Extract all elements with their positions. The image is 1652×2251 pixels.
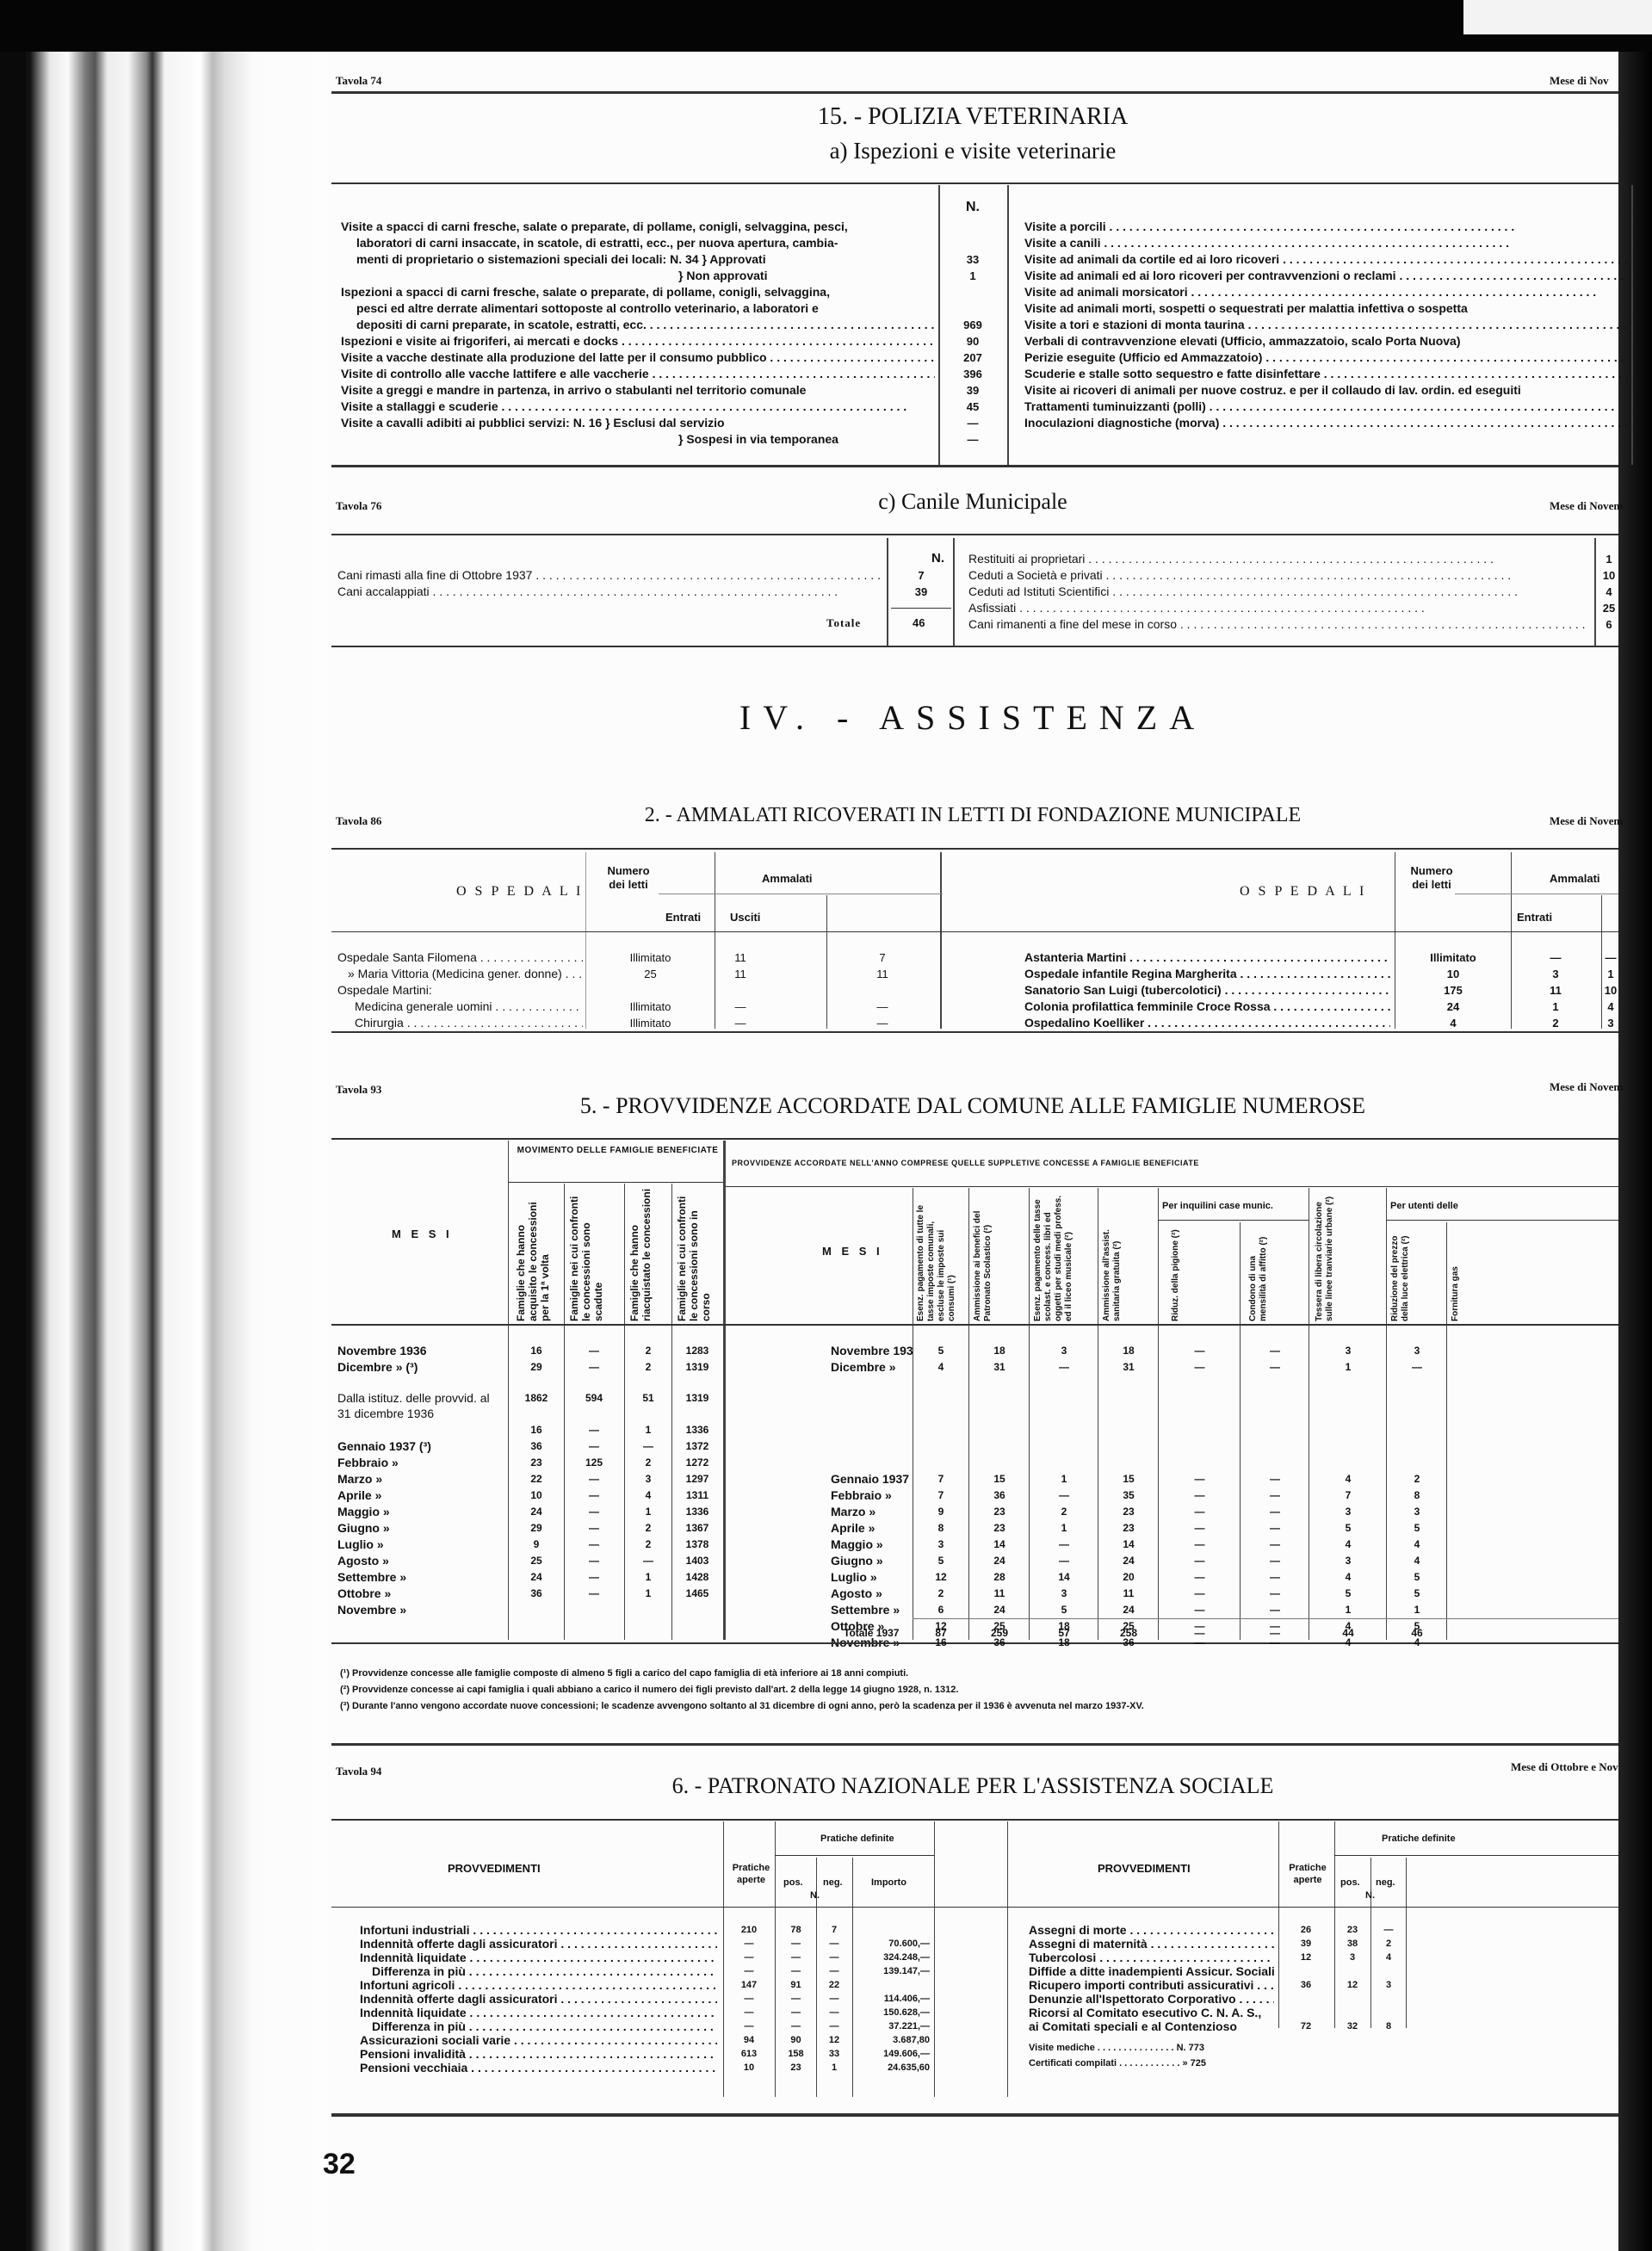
table-cell: 1372	[673, 1438, 721, 1455]
table-cell	[854, 1978, 930, 1992]
list-item: Perizie eseguite (Ufficio ed Ammazzatoio…	[1024, 349, 1627, 366]
value-column: —	[1241, 1625, 1309, 1642]
table-cell: 94	[725, 2033, 773, 2047]
table-cell: 139.147,—	[854, 1964, 930, 1978]
table-cell: 36	[510, 1586, 563, 1602]
list-item: Luglio »	[337, 1537, 505, 1553]
list-item: Ispezioni e visite ai frigoriferi, ai me…	[341, 333, 935, 349]
table-cell: 46	[1388, 1625, 1446, 1642]
table-cell: —	[1388, 1359, 1446, 1376]
value-column: ——594——125————————	[566, 1343, 622, 1602]
header-col: Esenz. pagamento di tutte le tasse impos…	[916, 1192, 966, 1321]
header-entrati: Entrati	[665, 910, 701, 925]
list-item: Medicina generale uomini	[337, 999, 583, 1015]
table-cell: 70.600,—	[854, 1937, 930, 1951]
table-cell: —	[1160, 1537, 1240, 1553]
table-cell: —	[566, 1438, 622, 1455]
table-cell: 258	[1099, 1625, 1158, 1642]
table-cell: 1	[626, 1504, 671, 1520]
list-item: Giugno »	[831, 1553, 913, 1569]
divider	[331, 1819, 1618, 1821]
value-column: —2438	[1372, 1923, 1405, 2033]
table-cell: 24	[970, 1602, 1029, 1618]
value-column: 16291862163623221024299252436	[510, 1343, 563, 1602]
table-cell: 3	[1310, 1343, 1386, 1359]
list-item: depositi di carni preparate, in scatole,…	[341, 317, 935, 333]
column-rule	[624, 1184, 625, 1640]
table-cell: 87	[914, 1625, 968, 1642]
table-cell: 8	[1372, 2006, 1405, 2033]
table-cell: 24	[970, 1553, 1029, 1569]
header-col: Famiglie che hanno acquisito le concessi…	[515, 1188, 560, 1321]
list-item: Sanatorio San Luigi (tubercolotici)	[1024, 982, 1390, 999]
value-column: 18311535232314242011242536	[1099, 1343, 1158, 1651]
header-movimento: MOVIMENTO DELLE FAMIGLIE BENEFICIATE	[517, 1145, 719, 1156]
list-item: Visite ai ricoveri di animali per nuove …	[1024, 382, 1627, 399]
t74-left-values: 33 1 969 90 207 396 39 45 — —	[943, 219, 1003, 448]
list-item: Scuderie e stalle sotto sequestro e fatt…	[1024, 366, 1627, 382]
header-col: Famiglie nei cui confronti le concession…	[568, 1188, 620, 1321]
column-rule	[1334, 1821, 1335, 2028]
list-item: Indennità liquidate	[360, 1951, 717, 1964]
header-col: Famiglie che hanno riacquistato le conce…	[628, 1188, 668, 1321]
table-cell	[1372, 1964, 1405, 1978]
table-title: 2. - AMMALATI RICOVERATI IN LETTI DI FON…	[327, 804, 1618, 827]
table-cell: 2	[626, 1343, 671, 1359]
list-item: Ricorsi al Comitato esecutivo C. N. A. S…	[1029, 2006, 1274, 2033]
table-cell: —	[1241, 1553, 1309, 1569]
list-item: menti di proprietario o sistemazioni spe…	[341, 251, 935, 268]
list-item: Febbraio »	[831, 1487, 913, 1504]
table-cell: 1367	[673, 1520, 721, 1537]
table-cell: 38	[1336, 1937, 1369, 1951]
list-item: Assegni di maternità	[1029, 1937, 1274, 1951]
t74-right-list: Visite a porcili Visite a canili Visite …	[1024, 219, 1627, 431]
list-item: Pensioni invalidità	[360, 2047, 717, 2061]
t74-left-list: Visite a spacci di carni fresche, salate…	[341, 219, 935, 448]
column-rule	[938, 185, 940, 465]
divider	[1158, 1220, 1309, 1221]
divider	[331, 931, 1618, 932]
table-cell: 3	[1310, 1553, 1386, 1569]
header-entrati: Entrati	[1517, 910, 1552, 925]
header-definite: Pratiche definite	[820, 1831, 894, 1846]
value-column: 3—28354455154	[1388, 1343, 1446, 1651]
table-cell: 15	[1099, 1471, 1158, 1487]
table-cell: 16	[510, 1422, 563, 1438]
table-cell: 1336	[673, 1422, 721, 1438]
table-cell: 39	[1280, 1937, 1332, 1951]
list-item: Assicurazioni sociali varie	[360, 2033, 717, 2047]
table-cell: 4	[1310, 1569, 1386, 1586]
table-cell: 7	[914, 1471, 968, 1487]
table-cell: 2	[626, 1359, 671, 1376]
table-cell: 4	[1372, 1951, 1405, 1964]
table-cell: 6	[914, 1602, 968, 1618]
table-cell	[1372, 1992, 1405, 2006]
column-rule	[887, 538, 888, 646]
table-cell: 90	[777, 2033, 815, 2047]
table-cell: 35	[1099, 1487, 1158, 1504]
header-aperte: Pratiche aperte	[1285, 1862, 1330, 1886]
column-rule	[1386, 1188, 1387, 1640]
list-item: Visite a stallaggi e scuderie	[341, 399, 935, 415]
table-cell: 5	[914, 1553, 968, 1569]
table-cell: 1862	[510, 1390, 563, 1407]
table-cell: 4	[1310, 1537, 1386, 1553]
header-col: Riduz. della pigione (²)	[1171, 1227, 1231, 1321]
table-cell: 24	[510, 1504, 563, 1520]
header-usciti: Usciti	[730, 910, 760, 925]
header-col: Ammissione all'assist. sanitaria gratuit…	[1102, 1192, 1155, 1321]
table-cell: —	[1160, 1343, 1240, 1359]
column-rule	[940, 852, 942, 1029]
list-item: Settembre »	[831, 1602, 913, 1618]
value-column: 44	[1310, 1625, 1386, 1642]
table-cell: —	[1160, 1520, 1240, 1537]
table-cell: 1	[1310, 1359, 1386, 1376]
list-item: pesci ed altre derrate alimentari sottop…	[341, 300, 935, 317]
column-rule	[968, 1188, 969, 1640]
table-cell: —	[1241, 1586, 1309, 1602]
divider	[659, 894, 943, 894]
list-item: Ospedale Santa Filomena	[337, 949, 583, 966]
table-cell: 3	[1388, 1504, 1446, 1520]
scan-corner	[1463, 0, 1652, 34]
table-cell	[1280, 1992, 1332, 2006]
list-item: Agosto »	[337, 1553, 505, 1569]
table-cell: —	[725, 1964, 773, 1978]
table-cell: 2	[626, 1455, 671, 1471]
table-cell	[1336, 1964, 1369, 1978]
table-cell: —	[725, 1951, 773, 1964]
table-cell: 3	[1310, 1504, 1386, 1520]
table-cell: 23	[970, 1504, 1029, 1520]
table-cell: 15	[970, 1471, 1029, 1487]
table-cell: 114.406,—	[854, 1992, 930, 2006]
list-item: Ceduti a Società e privati	[968, 567, 1588, 584]
divider	[508, 1182, 723, 1183]
table-cell: —	[1030, 1359, 1098, 1376]
list-item: Ottobre »	[337, 1586, 505, 1602]
n-header: N.	[966, 200, 980, 215]
table-cell: 613	[725, 2047, 773, 2061]
table-title: 5. - PROVVIDENZE ACCORDATE DAL COMUNE AL…	[327, 1093, 1618, 1119]
divider	[775, 1855, 934, 1856]
t86-right-list: Astanteria Martini Ospedale infantile Re…	[1024, 949, 1390, 1031]
list-item: Ispezioni a spacci di carni fresche, sal…	[341, 284, 935, 300]
table-cell: —	[1241, 1471, 1309, 1487]
list-item: } Non approvati	[341, 268, 935, 284]
table-cell: 1	[1030, 1520, 1098, 1537]
list-item: Cani rimasti alla fine di Ottobre 1937	[337, 567, 880, 584]
table-cell: 5	[914, 1343, 968, 1359]
t86-right-entrati: — 3 11 1 2	[1513, 949, 1599, 1031]
list-item: Verbali di contravvenzione elevati (Uffi…	[1024, 333, 1627, 349]
table-cell: 149.606,—	[854, 2047, 930, 2061]
table-cell: 4	[914, 1359, 968, 1376]
table-cell: 1272	[673, 1455, 721, 1471]
list-item: Giugno »	[337, 1520, 505, 1537]
header-provvedimenti: PROVVEDIMENTI	[1098, 1861, 1191, 1877]
divider	[331, 2113, 1618, 2117]
list-item: Dicembre » (³)	[337, 1359, 505, 1376]
total-label: Totale 1937	[844, 1625, 899, 1641]
page-number: 32	[323, 2148, 356, 2181]
value-column: 210———147———9461310	[725, 1923, 773, 2075]
table-cell: —	[1160, 1602, 1240, 1618]
table-cell: 18	[1099, 1343, 1158, 1359]
table-label: Tavola 74	[336, 74, 381, 88]
header-provvedimenti: PROVVEDIMENTI	[448, 1861, 541, 1877]
column-rule	[1098, 1188, 1098, 1640]
table-cell: 57	[1030, 1625, 1098, 1642]
list-item: Colonia profilattica femminile Croce Ros…	[1024, 999, 1390, 1015]
table-cell: 8	[1388, 1487, 1446, 1504]
column-rule	[1029, 1188, 1030, 1640]
list-item: Denunzie all'Ispettorato Corporativo	[1029, 1992, 1274, 2006]
value-column: 87	[914, 1625, 968, 1642]
table-cell: 7	[818, 1923, 851, 1937]
column-rule	[1370, 1858, 1371, 2028]
table-cell: 72	[1280, 2006, 1332, 2033]
value-column: 18311536232314242811242536	[970, 1343, 1029, 1651]
list-item: Tubercolosi	[1029, 1951, 1274, 1964]
table-cell: 3.687,80	[854, 2033, 930, 2047]
column-rule	[934, 1821, 935, 2097]
table-cell: 4	[1388, 1553, 1446, 1569]
table-cell: 3	[626, 1471, 671, 1487]
list-item: Asfissiati	[968, 600, 1588, 616]
value-column: 46	[1388, 1625, 1446, 1642]
list-item: Diffide a ditte inadempienti Assicur. So…	[1029, 1964, 1274, 1978]
table-cell: 3	[1388, 1343, 1446, 1359]
list-item: Visite a cavalli adibiti ai pubblici ser…	[341, 415, 935, 431]
table-cell: —	[818, 1964, 851, 1978]
table-cell	[1280, 1964, 1332, 1978]
header-n: N.	[1365, 1888, 1375, 1903]
table-month: Mese di Novem	[1550, 1080, 1623, 1094]
table-cell: 24	[1099, 1553, 1158, 1569]
table-cell: 7	[1310, 1487, 1386, 1504]
table-cell: —	[566, 1520, 622, 1537]
list-item: Novembre »	[337, 1602, 505, 1618]
list-item: Visite a porcili	[1024, 219, 1627, 235]
table-cell: —	[626, 1553, 671, 1569]
table-cell: —	[818, 1937, 851, 1951]
table-cell: 1336	[673, 1504, 721, 1520]
table-cell: 1378	[673, 1537, 721, 1553]
table-cell: 11	[1099, 1586, 1158, 1602]
divider	[331, 465, 1618, 467]
table-cell: —	[1241, 1520, 1309, 1537]
header-definite: Pratiche definite	[1382, 1831, 1456, 1846]
value-column: 259	[970, 1625, 1029, 1642]
table-cell: —	[1160, 1471, 1240, 1487]
table-cell: 51	[626, 1390, 671, 1407]
table-cell: —	[777, 2006, 815, 2019]
divider	[331, 1324, 1618, 1326]
table-cell: 5	[1030, 1602, 1098, 1618]
table-cell: 14	[970, 1537, 1029, 1553]
list-item: Novembre 1936	[831, 1343, 913, 1359]
total-value: 46	[913, 615, 925, 631]
table-cell: 5	[1388, 1586, 1446, 1602]
table-cell: 11	[970, 1586, 1029, 1602]
table-cell: —	[777, 1951, 815, 1964]
table-cell: 1465	[673, 1586, 721, 1602]
list-item: Visite ad animali da cortile ed ai loro …	[1024, 251, 1627, 268]
table-cell: 3	[1030, 1343, 1098, 1359]
table-cell: —	[1160, 1487, 1240, 1504]
list-item: Chirurgia	[337, 1015, 583, 1031]
table-cell: 29	[510, 1520, 563, 1537]
list-item: Visite a vacche destinate alla produzion…	[341, 349, 935, 366]
column-rule	[953, 538, 955, 646]
table-cell: 1	[1030, 1471, 1098, 1487]
header-ospedali: O S P E D A L I	[456, 884, 583, 900]
table-cell: 1311	[673, 1487, 721, 1504]
table-cell: 1	[1388, 1602, 1446, 1618]
divider	[331, 848, 1618, 850]
list-item: Infortuni agricoli	[360, 1978, 717, 1992]
column-rule	[508, 1141, 509, 1640]
footnote: (²) Provvidenze concesse ai capi famigli…	[340, 1682, 1618, 1698]
table-cell: 1428	[673, 1569, 721, 1586]
section-title: IV. - ASSISTENZA	[327, 697, 1618, 738]
table-cell: —	[725, 1937, 773, 1951]
table-cell: —	[1241, 1625, 1309, 1642]
table-cell: —	[777, 2019, 815, 2033]
list-item: Visite a spacci di carni fresche, salate…	[341, 219, 935, 235]
list-item: Restituiti ai proprietari	[968, 551, 1588, 567]
list-item: Agosto »	[831, 1586, 913, 1602]
table-cell: 594	[566, 1390, 622, 1407]
list-item: Dicembre »	[831, 1359, 913, 1376]
table-cell: 37.221,—	[854, 2019, 930, 2033]
table-cell: —	[1241, 1569, 1309, 1586]
column-rule	[1240, 1222, 1241, 1640]
value-column: —	[1160, 1625, 1240, 1642]
list-item: Ospedale infantile Regina Margherita	[1024, 966, 1390, 982]
list-item: Differenza in più	[360, 2019, 717, 2033]
table-cell: 22	[818, 1978, 851, 1992]
table-cell: 23	[970, 1520, 1029, 1537]
footnote: (¹) Provvidenze concesse alle famiglie c…	[340, 1666, 1618, 1682]
table-cell: 12	[1336, 1978, 1369, 1992]
table-cell: 4	[626, 1487, 671, 1504]
table-cell: 125	[566, 1455, 622, 1471]
table-cell: 78	[777, 1923, 815, 1937]
table-cell: 12	[914, 1569, 968, 1586]
table-cell	[854, 1923, 930, 1937]
value-column: 258	[1099, 1625, 1158, 1642]
table-cell: 36	[970, 1487, 1029, 1504]
table-cell: 150.628,—	[854, 2006, 930, 2019]
header-aperte: Pratiche aperte	[732, 1862, 770, 1886]
table-cell: —	[1160, 1504, 1240, 1520]
header-col: Condono di una mensilità di affitto (²)	[1248, 1227, 1302, 1321]
t86-left-entrati: 11 11 — —	[654, 949, 826, 1031]
list-item: Novembre 1936	[337, 1343, 505, 1359]
table-cell: —	[566, 1487, 622, 1504]
column-rule	[1406, 1858, 1407, 2028]
divider	[331, 646, 1618, 647]
list-item: Indennità offerte dagli assicuratori	[360, 1937, 717, 1951]
header-letti: Numero dei letti	[1401, 864, 1462, 892]
table-cell: 33	[818, 2047, 851, 2061]
value-column: 3147354345144	[1310, 1343, 1386, 1651]
table-cell: 1	[626, 1422, 671, 1438]
header-col: Esenz. pagamento delle tasse scolast. e …	[1033, 1192, 1095, 1321]
header-ospedali: O S P E D A L I	[1240, 884, 1366, 900]
table-cell: 5	[1310, 1520, 1386, 1537]
t86-left-usciti: 7 11 — —	[826, 949, 938, 1031]
table-cell: 29	[510, 1359, 563, 1376]
table-cell: 5	[1310, 1586, 1386, 1602]
list-item: Visite a canili	[1024, 235, 1627, 251]
header-inquilini: Per inquilini case munic.	[1162, 1198, 1273, 1214]
table-cell: —	[566, 1586, 622, 1602]
table-cell: —	[1241, 1359, 1309, 1376]
t93-footnotes: (¹) Provvidenze concesse alle famiglie c…	[340, 1666, 1618, 1715]
list-item: Maggio »	[337, 1504, 505, 1520]
table-cell: 9	[914, 1504, 968, 1520]
certificati-compilati: Certificati compilati . . . . . . . . . …	[1029, 2056, 1206, 2071]
list-item: Gennaio 1937	[831, 1471, 913, 1487]
list-item: Marzo »	[831, 1504, 913, 1520]
table-cell: —	[566, 1422, 622, 1438]
table-cell: 1297	[673, 1471, 721, 1487]
table-cell: —	[818, 2006, 851, 2019]
table-cell: 24	[510, 1569, 563, 1586]
table-cell: 12	[818, 2033, 851, 2047]
table-cell: —	[1160, 1569, 1240, 1586]
table-cell: —	[566, 1471, 622, 1487]
header-neg: neg.	[1376, 1875, 1395, 1890]
header-letti: Numero dei letti	[598, 864, 659, 892]
table-cell: 14	[1099, 1537, 1158, 1553]
table-cell: 31	[970, 1359, 1029, 1376]
column-rule	[1395, 852, 1395, 1029]
list-item: Visite ad animali ed ai loro ricoveri pe…	[1024, 268, 1627, 284]
header-mesi: M E S I	[822, 1244, 883, 1259]
table-cell: 158	[777, 2047, 815, 2061]
n-header: N.	[931, 551, 944, 566]
list-item: Gennaio 1937 (³)	[337, 1438, 505, 1455]
table-cell: 10	[510, 1487, 563, 1504]
table-cell: —	[1030, 1537, 1098, 1553]
divider	[331, 534, 1618, 535]
table-cell: 324.248,—	[854, 1951, 930, 1964]
list-item: Visite ad animali morsicatori	[1024, 284, 1627, 300]
table-cell: 3	[1336, 1951, 1369, 1964]
table-title: 6. - PATRONATO NAZIONALE PER L'ASSISTENZ…	[327, 1773, 1618, 1799]
header-importo: Importo	[871, 1875, 906, 1890]
list-item: Inoculazioni diagnostiche (morva)	[1024, 415, 1627, 431]
list-item: Ricupero importi contributi assicurativi	[1029, 1978, 1274, 1992]
table-cell: 3	[1372, 1978, 1405, 1992]
table-cell: —	[1030, 1553, 1098, 1569]
table-cell: 24	[1099, 1602, 1158, 1618]
header-provvidenze: PROVVIDENZE ACCORDATE NELL'ANNO COMPRESE…	[732, 1155, 1199, 1171]
divider	[331, 1743, 1618, 1746]
header-ammalati: Ammalati	[1550, 871, 1600, 887]
value-column: 7———22———12331	[818, 1923, 851, 2075]
table-cell: —	[777, 1964, 815, 1978]
table-cell: —	[1241, 1343, 1309, 1359]
divider	[331, 1031, 1618, 1033]
